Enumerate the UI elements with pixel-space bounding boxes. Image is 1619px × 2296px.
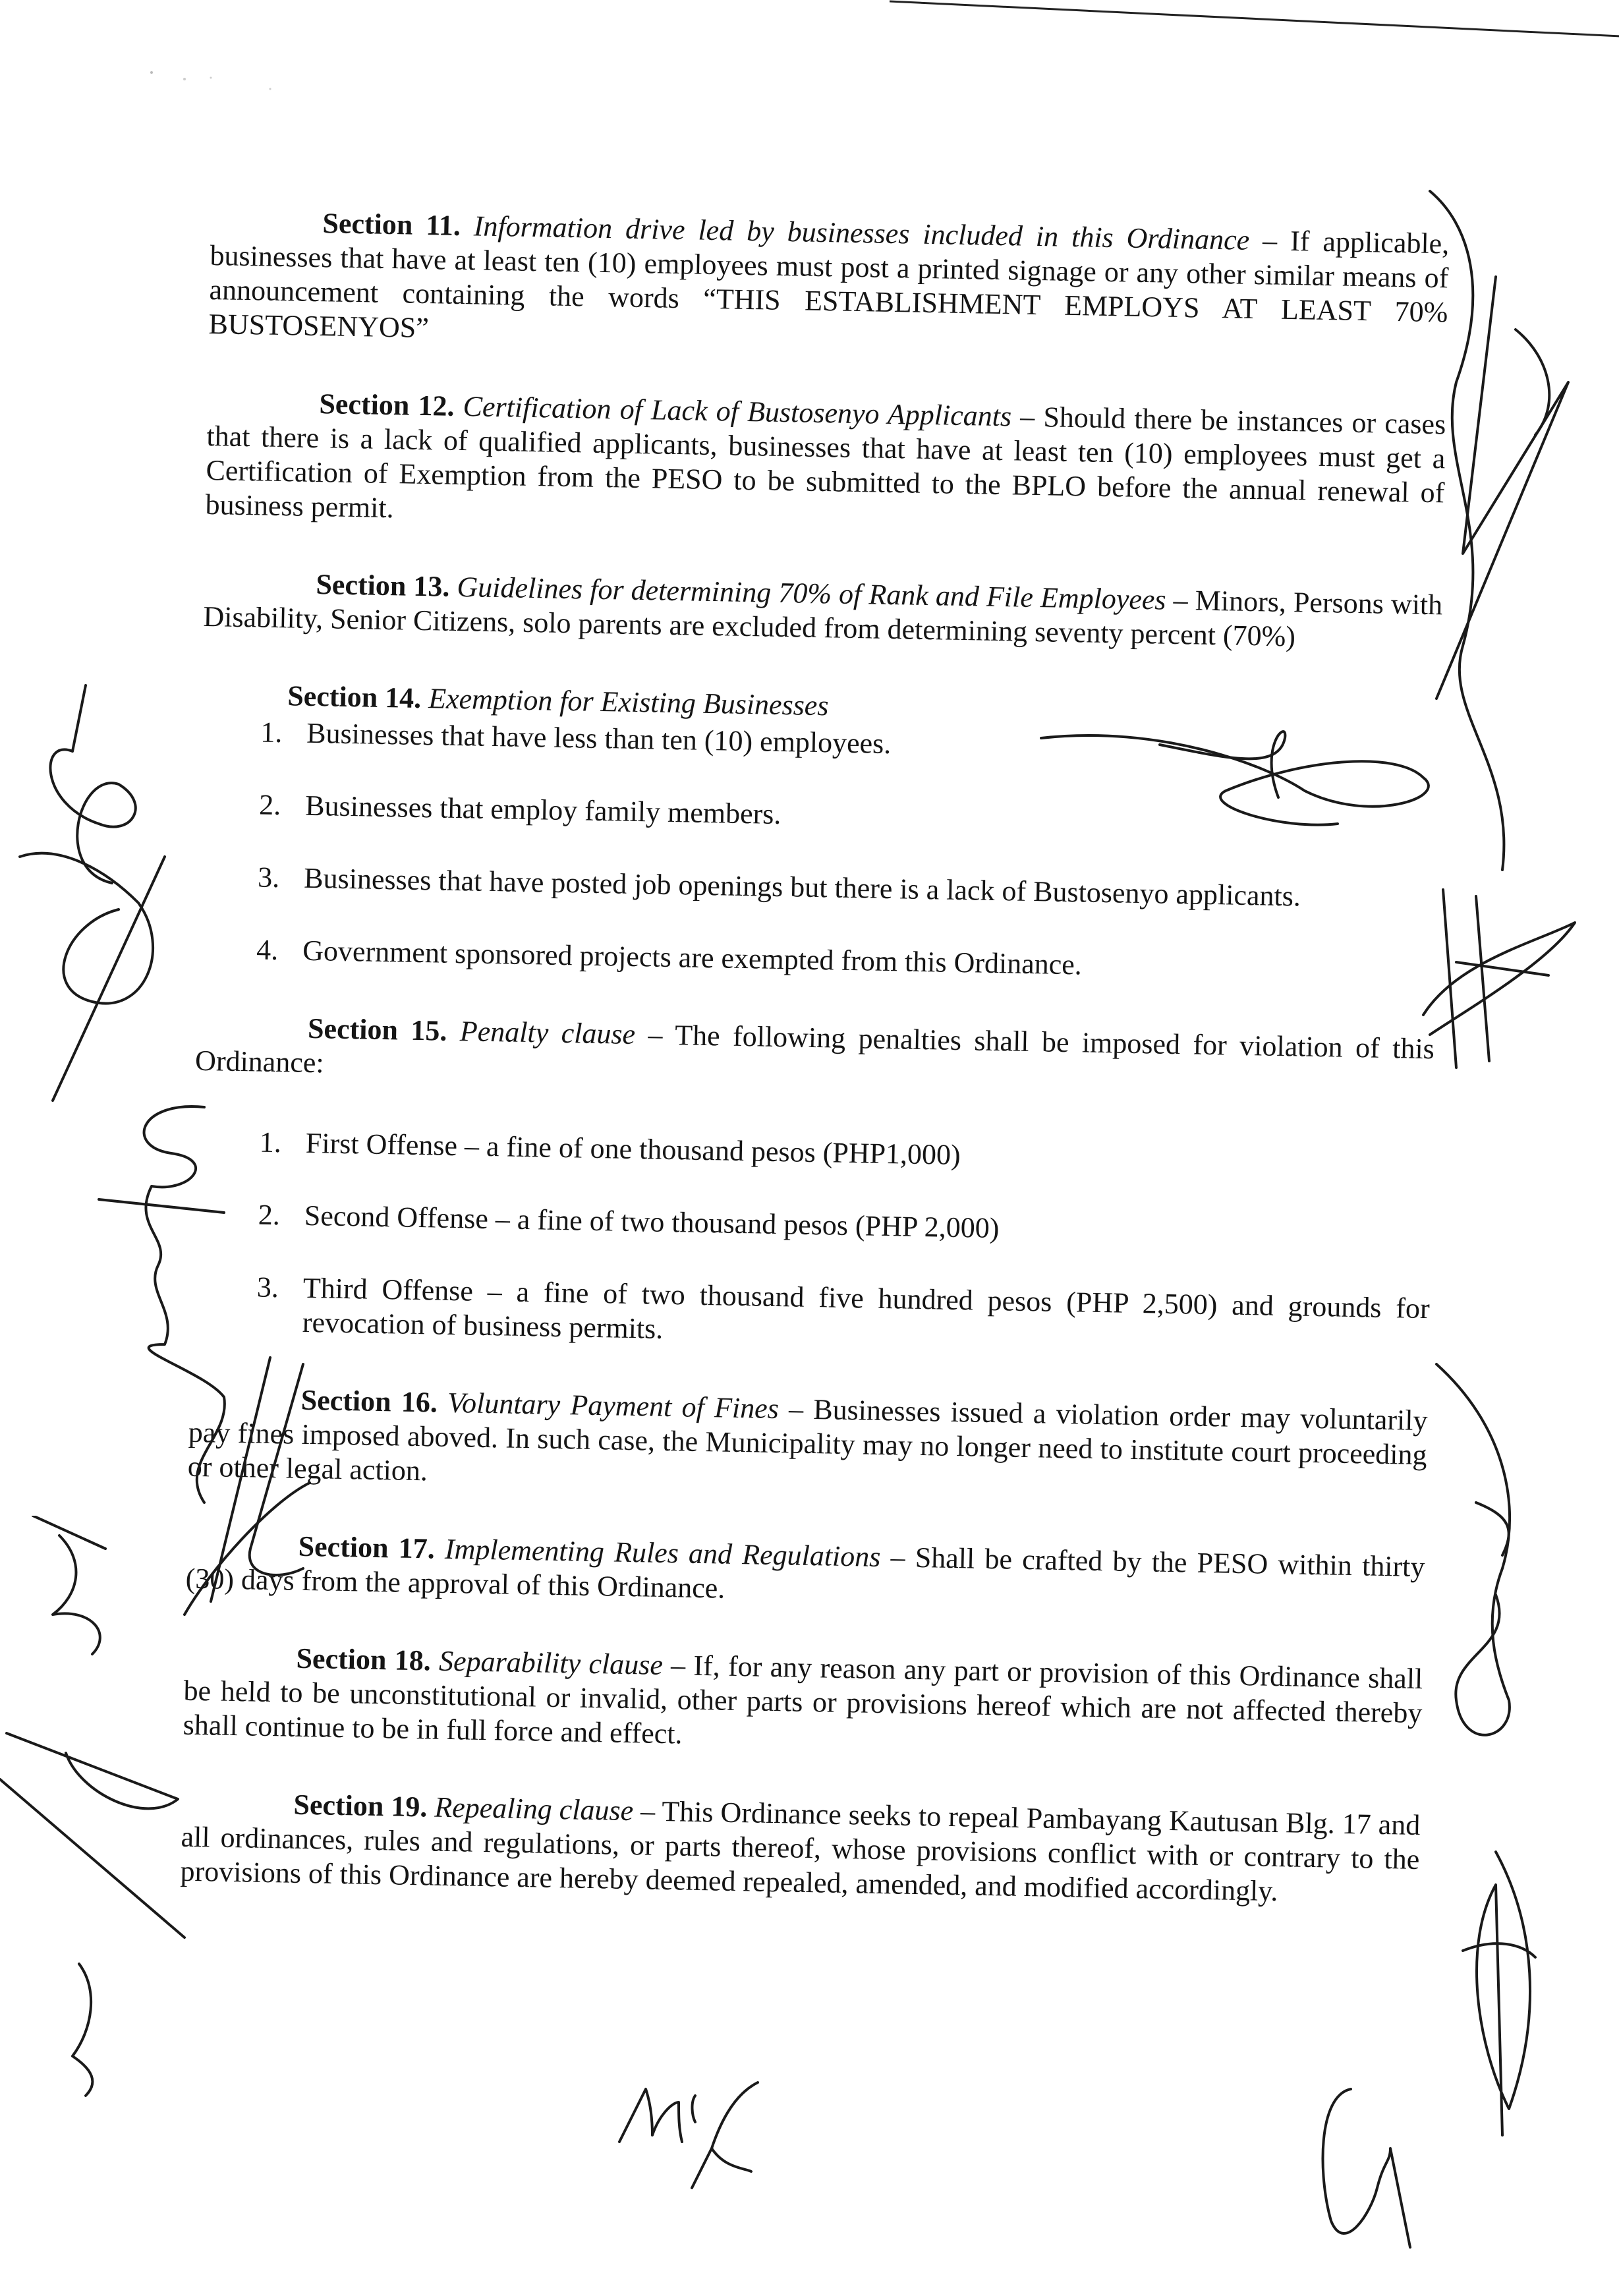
list-item: 1.First Offense – a fine of one thousand… xyxy=(259,1126,1433,1182)
section-number: Section 11. xyxy=(322,207,461,242)
ordinance-body: Section 11. Information drive led by bus… xyxy=(179,204,1450,1955)
section-title: Separability clause xyxy=(439,1645,664,1681)
section-16: Section 16. Voluntary Payment of Fines –… xyxy=(187,1381,1428,1507)
signature-bottom-initials xyxy=(613,2076,784,2195)
penalty-list: 1.First Offense – a fine of one thousand… xyxy=(190,1124,1433,1360)
signature-right-mid xyxy=(1417,883,1588,1074)
signature-right-bottom xyxy=(1436,1845,1568,2142)
section-number: Section 13. xyxy=(316,568,450,603)
section-number: Section 18. xyxy=(296,1642,431,1677)
section-18: Section 18. Separability clause – If, fo… xyxy=(183,1640,1423,1765)
section-number: Section 16. xyxy=(300,1384,438,1419)
section-11: Section 11. Information drive led by bus… xyxy=(208,204,1449,364)
section-number: Section 19. xyxy=(293,1789,428,1823)
section-title: Exemption for Existing Businesses xyxy=(428,682,829,722)
section-17: Section 17. Implementing Rules and Regul… xyxy=(185,1528,1425,1619)
section-number: Section 15. xyxy=(308,1012,447,1047)
exemption-list: 1.Businesses that have less than ten (10… xyxy=(197,714,1440,989)
section-13: Section 13. Guidelines for determining 7… xyxy=(203,565,1443,656)
section-number: Section 14. xyxy=(287,679,422,714)
list-item: 2.Second Offense – a fine of two thousan… xyxy=(258,1198,1431,1254)
section-number: Section 12. xyxy=(319,387,455,422)
scan-specks xyxy=(132,59,329,99)
section-title: Penalty clause xyxy=(459,1015,635,1050)
signature-left-top xyxy=(0,672,211,1134)
page-edge-line xyxy=(890,0,1619,40)
signature-bottom-right xyxy=(1292,2082,1423,2254)
document-page: Section 11. Information drive led by bus… xyxy=(0,0,1619,2296)
section-19: Section 19. Repealing clause – This Ordi… xyxy=(180,1786,1421,1911)
section-number: Section 17. xyxy=(298,1530,435,1565)
section-12: Section 12. Certification of Lack of Bus… xyxy=(205,385,1446,544)
list-item: 4.Government sponsored projects are exem… xyxy=(256,933,1436,989)
list-item: 3.Third Offense – a fine of two thousand… xyxy=(256,1271,1430,1361)
signature-right-lower xyxy=(1423,1358,1588,1766)
section-title: Repealing clause xyxy=(434,1791,634,1827)
list-item: 3.Businesses that have posted job openin… xyxy=(258,860,1438,916)
section-title: Implementing Rules and Regulations xyxy=(445,1533,881,1573)
list-item: 2.Businesses that employ family members. xyxy=(259,788,1439,844)
section-15: Section 15. Penalty clause – The followi… xyxy=(190,1010,1434,1360)
section-14: Section 14. Exemption for Existing Busin… xyxy=(197,677,1441,989)
section-title: Voluntary Payment of Fines xyxy=(447,1387,780,1425)
